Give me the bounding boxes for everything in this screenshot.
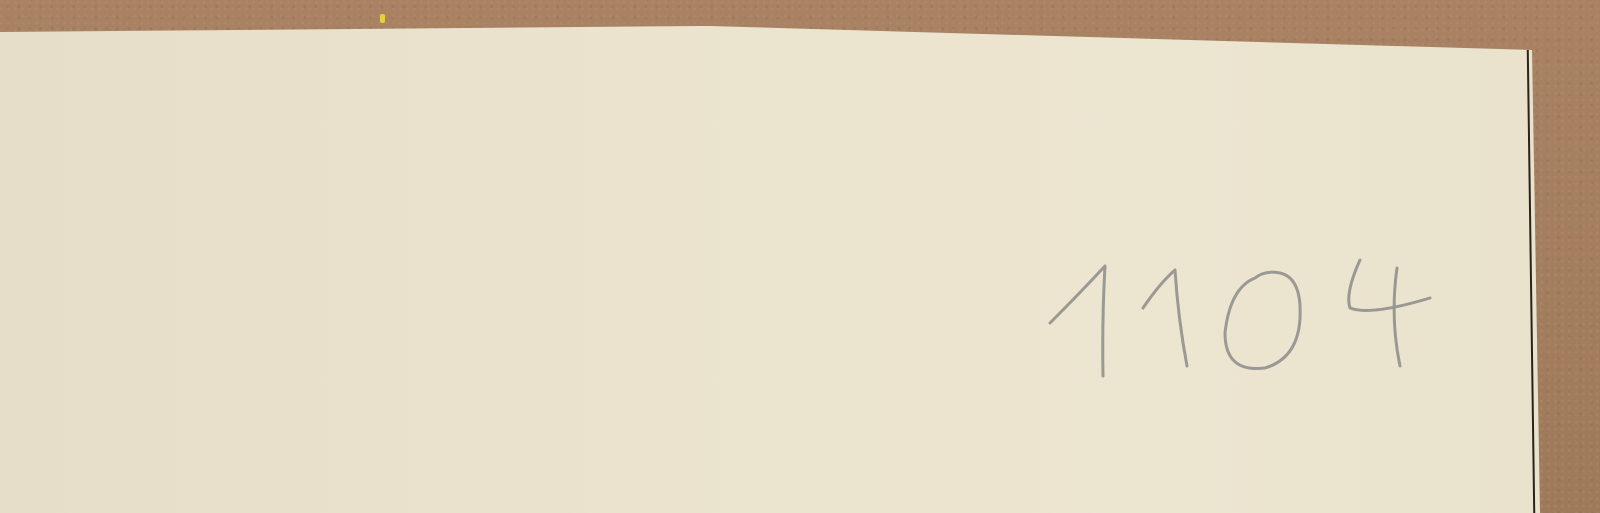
- handwritten-number: 1104: [1040, 238, 1460, 398]
- pencil-strokes: [1040, 238, 1460, 398]
- yellow-speck: [380, 14, 385, 23]
